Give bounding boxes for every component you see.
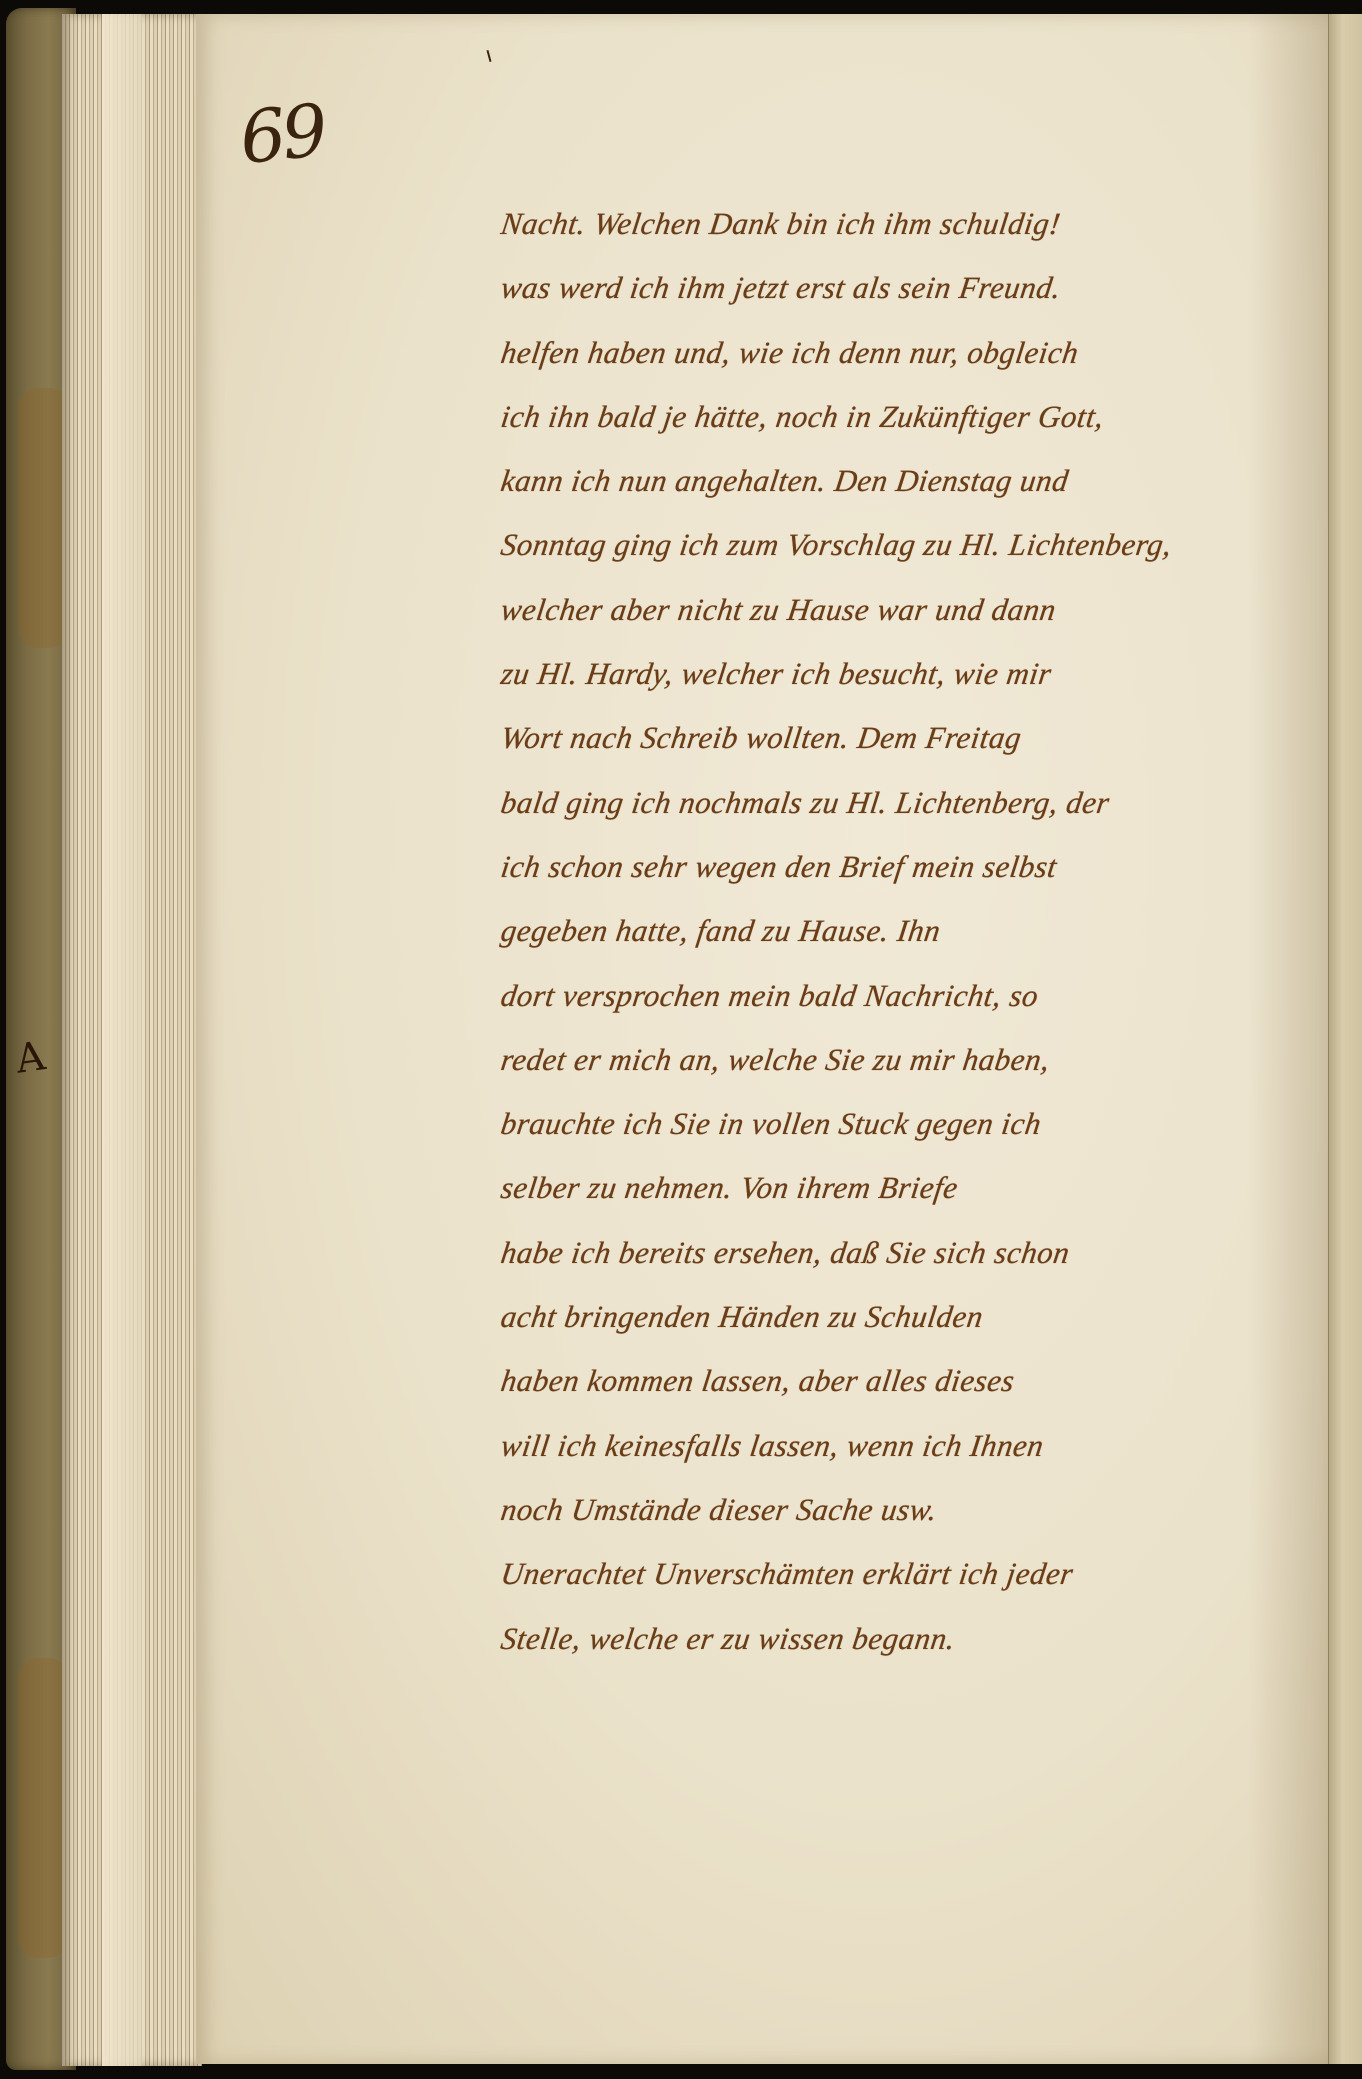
text-line: haben kommen lassen, aber alles dieses [495,1357,1284,1421]
text-line: will ich keinesfalls lassen, wenn ich Ih… [495,1422,1284,1486]
text-line: Nacht. Welchen Dank bin ich ihm schuldig… [495,200,1284,264]
text-line: dort versprochen mein bald Nachricht, so [495,972,1284,1036]
text-line: welcher aber nicht zu Hause war und dann [495,586,1284,650]
cover-stain [18,1658,68,1958]
cover-mark: A [13,1033,48,1083]
cover-stain [18,388,68,648]
text-line: gegeben hatte, fand zu Hause. Ihn [495,907,1284,971]
text-line: was werd ich ihm jetzt erst als sein Fre… [495,264,1284,328]
text-line: ich ihn bald je hätte, noch in Zukünftig… [495,393,1284,457]
page-number: 69 [236,88,328,180]
text-line: bald ging ich nochmals zu Hl. Lichtenber… [495,779,1284,843]
text-line: selber zu nehmen. Von ihrem Briefe [495,1164,1284,1228]
text-line: ich schon sehr wegen den Brief mein selb… [495,843,1284,907]
text-line: Wort nach Schreib wollten. Dem Freitag [495,714,1284,778]
text-line: kann ich nun angehalten. Den Dienstag un… [495,457,1284,521]
text-line: Unerachtet Unverschämten erklärt ich jed… [495,1550,1284,1614]
text-line: helfen haben und, wie ich denn nur, obgl… [495,329,1284,393]
text-line: redet er mich an, welche Sie zu mir habe… [495,1036,1284,1100]
page-stack-edges [62,14,202,2066]
text-line: noch Umstände dieser Sache usw. [495,1486,1284,1550]
text-line: acht bringenden Händen zu Schulden [495,1293,1284,1357]
handwritten-text: Nacht. Welchen Dank bin ich ihm schuldig… [500,200,1280,1679]
facing-page-edge [1328,14,1362,2064]
text-line: Stelle, welche er zu wissen begann. [495,1615,1284,1679]
text-line: habe ich bereits ersehen, daß Sie sich s… [495,1229,1284,1293]
text-line: brauchte ich Sie in vollen Stuck gegen i… [495,1100,1284,1164]
text-line: zu Hl. Hardy, welcher ich besucht, wie m… [495,650,1284,714]
text-line: Sonntag ging ich zum Vorschlag zu Hl. Li… [495,521,1284,585]
